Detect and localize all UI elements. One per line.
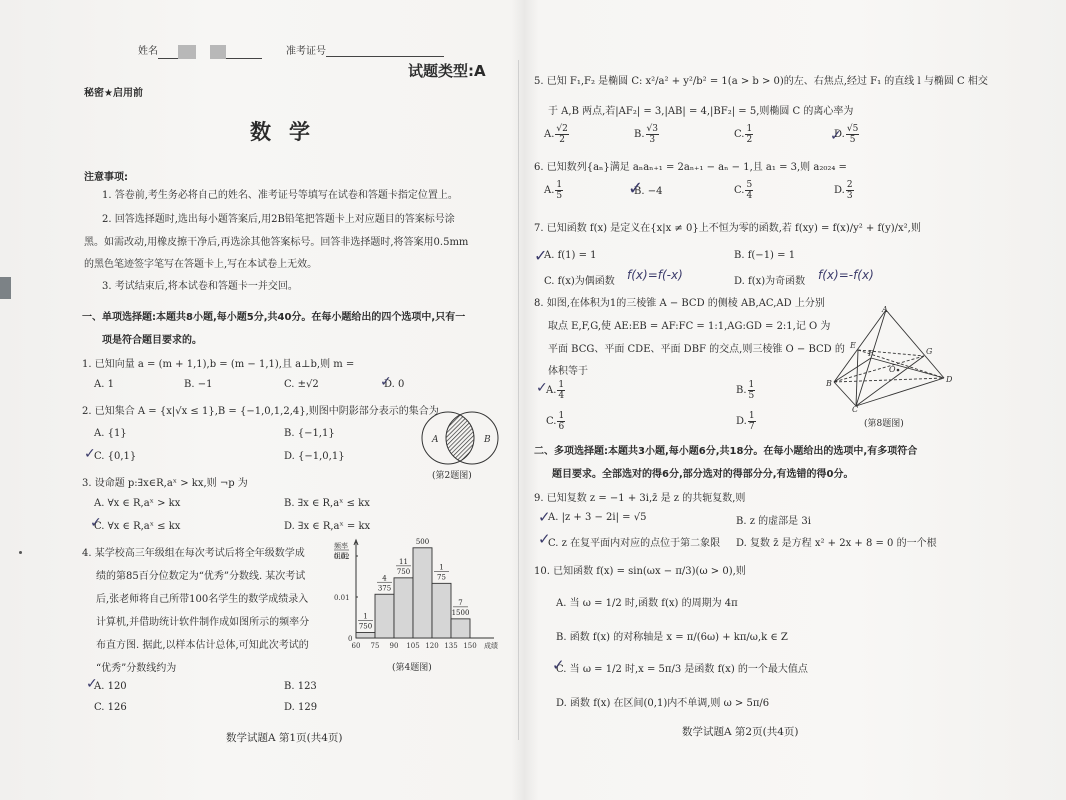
figure-4-caption: (第4题图) [392, 660, 432, 673]
question-1-stem: 1. 已知向量 a = (m + 1,1),b = (m − 1,1),且 a⊥… [82, 355, 354, 370]
handwritten-check-icon: ✓ [538, 530, 551, 548]
svg-text:G: G [926, 347, 933, 356]
handwritten-note-d: f(x)=-f(x) [818, 268, 874, 282]
handwritten-check-icon: ✓ [628, 178, 643, 199]
handwritten-note-c: f(x)=f(-x) [627, 268, 683, 282]
question-4-line: 计算机,并借助统计软件制作成如图所示的频率分 [96, 613, 309, 628]
svg-text:60: 60 [352, 642, 361, 650]
svg-text:B: B [483, 435, 491, 445]
q9-option-b: B. z 的虚部是 3i [736, 512, 811, 527]
q10-option-d: D. 函数 f(x) 在区间(0,1)内不单调,则 ω > 5π/6 [556, 694, 769, 709]
exam-page-1: 姓名 准考证号 试题类型:A 秘密★启用前 数学 注意事项: 1. 答卷前,考生… [80, 0, 510, 800]
section-1-heading-cont: 项是符合题目要求的。 [102, 331, 202, 346]
question-4-line: 布直方图. 据此,以样本估计总体,可知此次考试的 [96, 636, 309, 651]
frequency-histogram: 频率组距00.010.02750137547501150011751150076… [332, 538, 507, 656]
svg-text:成绩: 成绩 [484, 641, 498, 650]
q4-option-d: D. 129 [284, 702, 317, 713]
q3-option-b: B. ∃x ∈ R,aˣ ≤ kx [284, 498, 370, 509]
q1-option-c: C. ±√2 [284, 379, 319, 390]
question-8-line: 8. 如图,在体积为1的三棱锥 A − BCD 的侧棱 AB,AC,AD 上分别 [534, 294, 825, 309]
svg-text:75: 75 [371, 642, 380, 650]
svg-text:A: A [431, 435, 439, 445]
handwritten-check-icon: ✓ [90, 515, 102, 531]
histogram-chart: 频率组距00.010.02750137547501150011751150076… [332, 538, 507, 656]
q2-option-c: C. {0,1} [94, 451, 136, 462]
section-1-heading: 一、单项选择题:本题共8小题,每小题5分,共40分。在每小题给出的四个选项中,只… [82, 308, 465, 323]
page-1-footer: 数学试题A 第1页(共4页) [226, 730, 342, 745]
q2-option-d: D. {−1,0,1} [284, 451, 345, 462]
question-6-stem: 6. 已知数列{aₙ}满足 aₙaₙ₊₁ = 2aₙ₊₁ − aₙ − 1,且 … [534, 158, 847, 173]
pyramid-figure: A E F G O B C D [826, 306, 958, 412]
svg-text:375: 375 [378, 584, 391, 592]
redacted-name-2 [210, 45, 226, 59]
svg-text:D: D [945, 375, 953, 384]
svg-text:105: 105 [406, 642, 419, 650]
svg-text:90: 90 [390, 642, 399, 650]
handwritten-check-icon: ✓ [552, 656, 565, 674]
svg-text:B: B [826, 379, 832, 388]
q4-option-a: A. 120 [94, 681, 127, 692]
scan-speck [19, 551, 22, 554]
question-4-line: 4. 某学校高三年级组在每次考试后将全年级数学成 [82, 544, 305, 559]
handwritten-check-icon: ✓ [534, 246, 547, 265]
test-type-label: 试题类型:A [408, 60, 486, 81]
section-2-heading-cont: 题目要求。全部选对的得6分,部分选对的得部分分,有选错的得0分。 [552, 465, 854, 480]
name-field: 姓名 [138, 42, 262, 59]
q7-option-b: B. f(−1) = 1 [734, 250, 795, 261]
question-5-line: 5. 已知 F₁,F₂ 是椭圆 C: x²/a² + y²/b² = 1(a >… [534, 72, 988, 87]
svg-text:750: 750 [397, 568, 410, 576]
q7-option-a: A. f(1) = 1 [544, 250, 597, 261]
svg-text:11: 11 [399, 558, 408, 566]
question-4-line: 绩的第85百分位数定为“优秀”分数线. 某次考试 [96, 567, 305, 582]
svg-text:750: 750 [359, 623, 372, 631]
q4-option-c: C. 126 [94, 702, 127, 713]
q4-option-b: B. 123 [284, 681, 317, 692]
q2-option-a: A. {1} [94, 428, 127, 439]
triangular-pyramid-icon: A E F G O B C D [826, 306, 958, 412]
question-4-line: 后,张老师将自己所带100名学生的数学成绩录入 [96, 590, 308, 605]
q3-option-a: A. ∀x ∈ R,aˣ > kx [94, 498, 180, 509]
exam-page-2: 5. 已知 F₁,F₂ 是椭圆 C: x²/a² + y²/b² = 1(a >… [530, 0, 970, 800]
svg-text:135: 135 [444, 642, 457, 650]
notice-item: 黑。如需改动,用橡皮擦干净后,再选涂其他答案标号。回答非选择题时,将答案用0.5… [84, 233, 468, 248]
redacted-name [178, 45, 196, 59]
q6-option-c: C.54 [734, 180, 754, 201]
notice-item: 3. 考试结束后,将本试卷和答题卡一并交回。 [102, 277, 298, 292]
q8-option-c: C.16 [546, 411, 566, 432]
q7-option-c: C. f(x)为偶函数 [544, 272, 615, 287]
q8-option-d: D.17 [736, 411, 757, 432]
q10-option-c: C. 当 ω = 1/2 时,x = 5π/3 是函数 f(x) 的一个最大值点 [556, 660, 808, 675]
q10-option-b: B. 函数 f(x) 的对称轴是 x = π/(6ω) + kπ/ω,k ∈ Z [556, 628, 788, 643]
svg-text:F: F [867, 349, 874, 358]
page-title: 数学 [250, 116, 328, 146]
q2-option-b: B. {−1,1} [284, 428, 335, 439]
svg-text:0.02: 0.02 [334, 553, 350, 561]
question-8-line: 取点 E,F,G,使 AE:EB = AF:FC = 1:1,AG:GD = 2… [548, 317, 830, 332]
svg-text:1500: 1500 [452, 609, 470, 617]
venn-diagram-icon: A B [418, 410, 502, 466]
page-2-footer: 数学试题A 第2页(共4页) [682, 724, 798, 739]
q7-option-d: D. f(x)为奇函数 [734, 272, 805, 287]
q8-option-a: A.14 [546, 380, 566, 401]
svg-text:1: 1 [439, 563, 443, 571]
question-2-stem: 2. 已知集合 A = {x|√x ≤ 1},B = {−1,0,1,2,4},… [82, 402, 439, 417]
exam-id-field: 准考证号 [286, 42, 444, 57]
question-5-line: 于 A,B 两点,若|AF₂| = 3,|AB| = 4,|BF₂| = 5,则… [548, 102, 853, 117]
q9-option-c: C. z 在复平面内对应的点位于第二象限 [548, 534, 720, 549]
question-8-line: 平面 BCG、平面 CDE、平面 DBF 的交点,则三棱锥 O − BCD 的 [548, 340, 845, 355]
svg-text:C: C [852, 405, 858, 412]
question-7-stem: 7. 已知函数 f(x) 是定义在{x|x ≠ 0}上不恒为零的函数,若 f(x… [534, 219, 921, 234]
handwritten-check-icon: ✓ [380, 374, 392, 390]
svg-text:500: 500 [416, 538, 429, 546]
svg-text:75: 75 [437, 573, 446, 581]
section-2-heading: 二、多项选择题:本题共3小题,每小题6分,共18分。在每小题给出的选项中,有多项… [534, 442, 917, 457]
question-4-line: “优秀”分数线约为 [96, 659, 176, 674]
svg-text:频率: 频率 [334, 541, 348, 550]
svg-text:120: 120 [425, 642, 438, 650]
question-10-stem: 10. 已知函数 f(x) = sin(ωx − π/3)(ω > 0),则 [534, 562, 746, 577]
notice-item: 的黑色笔迹签字笔写在答题卡上,写在本试卷上无效。 [84, 255, 317, 270]
handwritten-check-icon: ✓ [86, 676, 98, 692]
svg-text:A: A [881, 306, 888, 314]
handwritten-check-icon: ✓ [84, 446, 96, 462]
q1-option-a: A. 1 [94, 379, 114, 390]
svg-text:E: E [849, 341, 856, 350]
question-9-stem: 9. 已知复数 z = −1 + 3i,z̄ 是 z 的共轭复数,则 [534, 489, 745, 504]
page-fold-divider [518, 60, 519, 740]
q5-option-a: A.√22 [544, 124, 570, 145]
handwritten-check-icon: ✓ [538, 508, 551, 526]
notice-item: 2. 回答选择题时,选出每小题答案后,用2B铅笔把答题卡上对应题目的答案标号涂 [102, 210, 455, 225]
figure-2-caption: (第2题图) [432, 468, 472, 481]
question-3-stem: 3. 设命题 p:∃x∈R,aˣ > kx,则 ¬p 为 [82, 474, 248, 489]
q9-option-a: A. |z + 3 − 2i| = √5 [548, 512, 646, 523]
q6-option-d: D.23 [834, 180, 855, 201]
svg-text:0.01: 0.01 [334, 594, 350, 602]
svg-text:4: 4 [382, 574, 387, 582]
venn-diagram: A B [418, 410, 502, 466]
q5-option-b: B.√33 [634, 124, 660, 145]
svg-text:7: 7 [458, 599, 462, 607]
figure-8-caption: (第8题图) [864, 416, 904, 429]
binding-tab [0, 277, 11, 299]
handwritten-check-icon: ✓ [536, 380, 548, 396]
svg-text:O: O [889, 365, 896, 374]
q8-option-b: B.15 [736, 380, 756, 401]
q3-option-d: D. ∃x ∈ R,aˣ = kx [284, 521, 370, 532]
q1-option-b: B. −1 [184, 379, 212, 390]
name-label: 姓名 [138, 46, 158, 57]
notice-item: 1. 答卷前,考生务必将自己的姓名、准考证号等填写在试卷和答题卡指定位置上。 [102, 186, 458, 201]
q9-option-d: D. 复数 z̄ 是方程 x² + 2x + 8 = 0 的一个根 [736, 534, 937, 549]
handwritten-check-icon: ✓ [830, 128, 842, 144]
q3-option-c: C. ∀x ∈ R,aˣ ≤ kx [94, 521, 180, 532]
question-8-line: 体积等于 [548, 362, 588, 377]
secret-label: 秘密★启用前 [84, 84, 143, 99]
exam-id-label: 准考证号 [286, 46, 326, 57]
q10-option-a: A. 当 ω = 1/2 时,函数 f(x) 的周期为 4π [556, 594, 738, 609]
q5-option-c: C.12 [734, 124, 754, 145]
q6-option-a: A.15 [544, 180, 564, 201]
notice-heading: 注意事项: [84, 168, 128, 183]
svg-text:1: 1 [363, 613, 367, 621]
svg-text:150: 150 [463, 642, 476, 650]
